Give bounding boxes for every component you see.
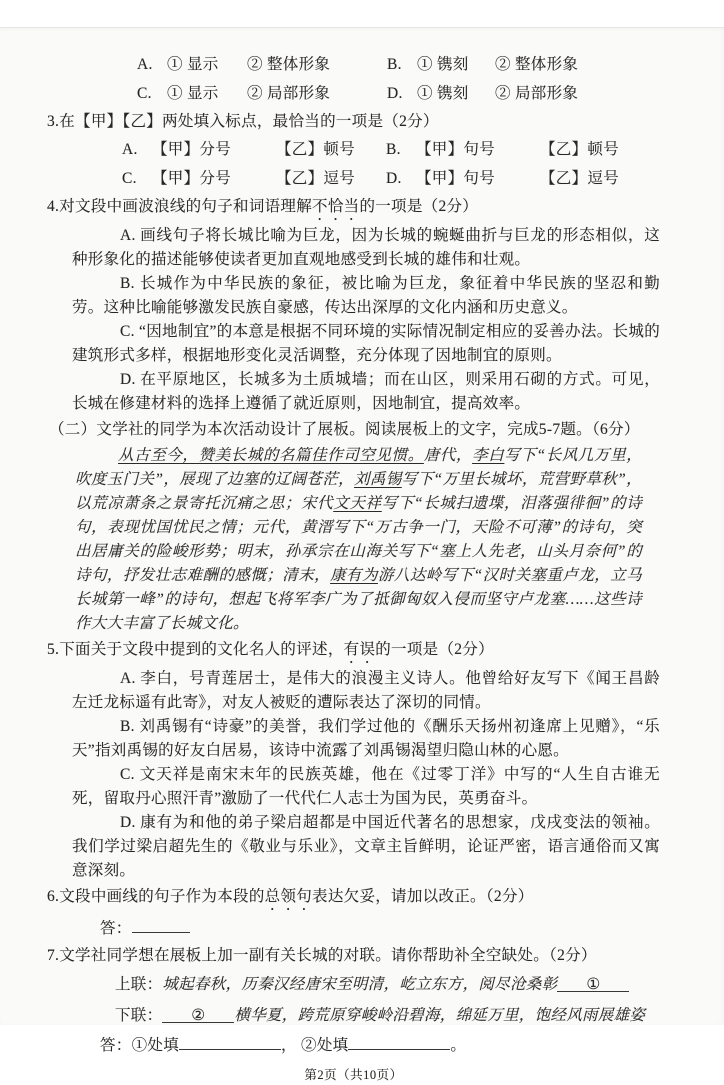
- emphasized-text: 不恰当: [312, 198, 359, 215]
- underlined-name-kangyouwei: 康有为: [330, 567, 378, 584]
- option-label: A.: [137, 50, 167, 79]
- option-label: D.: [387, 79, 417, 108]
- question-2-option-row-2: C. ① 显示 ② 局部形象 D. ① 镌刻 ② 局部形象: [137, 79, 660, 108]
- question-3-option-row-2: C. 【甲】分号 【乙】逗号 D. 【甲】句号 【乙】逗号: [122, 164, 660, 193]
- couplet-label: 上联：: [115, 976, 162, 993]
- couplet-second-line: 下联：②横华夏，跨荒原穿峻岭沿碧海，绵延万里，饱经风雨展雄姿: [115, 1001, 660, 1024]
- option-label: C.: [137, 79, 167, 108]
- question-4-option-d: D. 在平原地区，长城多为土质城墙；而在山区，则采用石砌的方式。可见，长城在修建…: [72, 368, 660, 416]
- stem-text: 表达欠妥，请加以改正。（2分）: [312, 888, 534, 905]
- underlined-name-libai: 李白: [472, 447, 504, 464]
- couplet-blank-1: ①: [557, 976, 629, 992]
- option-cell: 【甲】分号: [152, 164, 276, 193]
- option-cell: 【甲】句号: [416, 164, 540, 193]
- option-cell: 【乙】顿号: [276, 135, 386, 164]
- question-5-option-d: D. 康有为和他的弟子梁启超都是中国近代著名的思想家，戊戌变法的领袖。我们学过梁…: [72, 811, 660, 883]
- stem-text: 6.文段中画线的句子作为本段的: [47, 888, 265, 905]
- stem-text: 4.对文段中画波浪线的句子和词语理解: [47, 198, 312, 215]
- stem-text: 的一项是（2分）: [375, 641, 494, 658]
- underlined-name-liuyuxi: 刘禹锡: [354, 471, 402, 488]
- stem-text: 的一项是（2分）: [359, 198, 478, 215]
- passage-text: 唐代，: [424, 447, 472, 464]
- question-4-option-a: A. 画线句子将长城比喻为巨龙，因为长城的蜿蜒曲折与巨龙的形态相似，这种形象化的…: [72, 224, 660, 272]
- question-3-stem: 3.在【甲】【乙】两处填入标点，最恰当的一项是（2分）: [47, 109, 660, 135]
- section-2-heading: （二）文学社的同学为本次活动设计了展板。阅读展板上的文字，完成5-7题。（6分）: [49, 417, 660, 443]
- option-label: B.: [387, 50, 417, 79]
- option-cell: 【乙】顿号: [540, 135, 660, 164]
- question-5-option-c: C. 文天祥是南宋末年的民族英雄，他在《过零丁洋》中写的“人生自古谁无死，留取丹…: [72, 763, 660, 811]
- question-5-stem: 5.下面关于文段中提到的文化名人的评述，有误的一项是（2分）: [47, 637, 660, 667]
- option-cell: ① 显示: [167, 50, 247, 79]
- emphasized-text: 有误: [344, 641, 376, 658]
- question-3-option-row-1: A. 【甲】分号 【乙】顿号 B. 【甲】句号 【乙】顿号: [122, 135, 660, 164]
- option-cell: 【乙】逗号: [540, 164, 660, 193]
- answer-blank: [132, 917, 190, 933]
- option-cell: ① 镌刻: [417, 50, 495, 79]
- option-cell: ① 镌刻: [417, 79, 495, 108]
- exam-content: A. ① 显示 ② 整体形象 B. ① 镌刻 ② 整体形象 C. ① 显示 ② …: [0, 28, 724, 1024]
- couplet-text: 城起春秋，历秦汉经唐宋至明清，屹立东方，阅尽沧桑彰: [162, 976, 557, 993]
- question-5-option-b: B. 刘禹锡有“诗豪”的美誉，我们学过他的《酬乐天扬州初逢席上见赠》，“乐天”指…: [72, 715, 660, 763]
- option-label: A.: [122, 135, 152, 164]
- underlined-name-wentianxiang: 文天祥: [333, 495, 381, 512]
- question-4-option-b: B. 长城作为中华民族的象征，被比喻为巨龙，象征着中华民族的坚忍和勤劳。这种比喻…: [72, 272, 660, 320]
- stem-text: 5.下面关于文段中提到的文化名人的评述，: [47, 641, 344, 658]
- question-4-option-c: C. “因地制宜”的本意是根据不同环境的实际情况制定相应的妥善办法。长城的建筑形…: [72, 320, 660, 368]
- option-cell: 【乙】逗号: [276, 164, 386, 193]
- option-cell: ② 局部形象: [495, 79, 660, 108]
- option-cell: ② 局部形象: [247, 79, 387, 108]
- option-cell: ② 整体形象: [247, 50, 387, 79]
- option-cell: ① 显示: [167, 79, 247, 108]
- couplet-blank-2: ②: [162, 1007, 234, 1023]
- question-6-answer-line: 答：: [100, 916, 660, 942]
- question-6-stem: 6.文段中画线的句子作为本段的总领句表达欠妥，请加以改正。（2分）: [47, 884, 660, 914]
- option-label: D.: [386, 164, 416, 193]
- option-label: B.: [386, 135, 416, 164]
- couplet-first-line: 上联：城起春秋，历秦汉经唐宋至明清，屹立东方，阅尽沧桑彰①: [115, 970, 660, 1000]
- question-5-option-a: A. 李白，号青莲居士，是伟大的浪漫主义诗人。他曾给好友写下《闻王昌龄左迁龙标遥…: [72, 667, 660, 715]
- option-label: C.: [122, 164, 152, 193]
- option-cell: ② 整体形象: [495, 50, 660, 79]
- question-2-option-row-1: A. ① 显示 ② 整体形象 B. ① 镌刻 ② 整体形象: [137, 50, 660, 79]
- couplet-label: 下联：: [115, 1007, 162, 1024]
- question-4-stem: 4.对文段中画波浪线的句子和词语理解不恰当的一项是（2分）: [47, 194, 660, 224]
- question-7-stem: 7.文学社同学想在展板上加一副有关长城的对联。请你帮助补全空缺处。（2分）: [47, 943, 660, 969]
- couplet-text: 横华夏，跨荒原穿峻岭沿碧海，绵延万里，饱经风雨展雄姿: [234, 1007, 645, 1024]
- underlined-sentence: 从古至今，赞美长城的名篇佳作司空见惯。: [118, 447, 424, 464]
- option-cell: 【甲】分号: [152, 135, 276, 164]
- emphasized-text: 总领句: [265, 888, 312, 905]
- display-board-passage: 从古至今，赞美长城的名篇佳作司空见惯。唐代，李白写下“长风几万里，吹度玉门关”，…: [75, 444, 642, 636]
- option-cell: 【甲】句号: [416, 135, 540, 164]
- exam-page-scan: A. ① 显示 ② 整体形象 B. ① 镌刻 ② 整体形象 C. ① 显示 ② …: [0, 27, 724, 1024]
- answer-label: 答：: [100, 920, 132, 937]
